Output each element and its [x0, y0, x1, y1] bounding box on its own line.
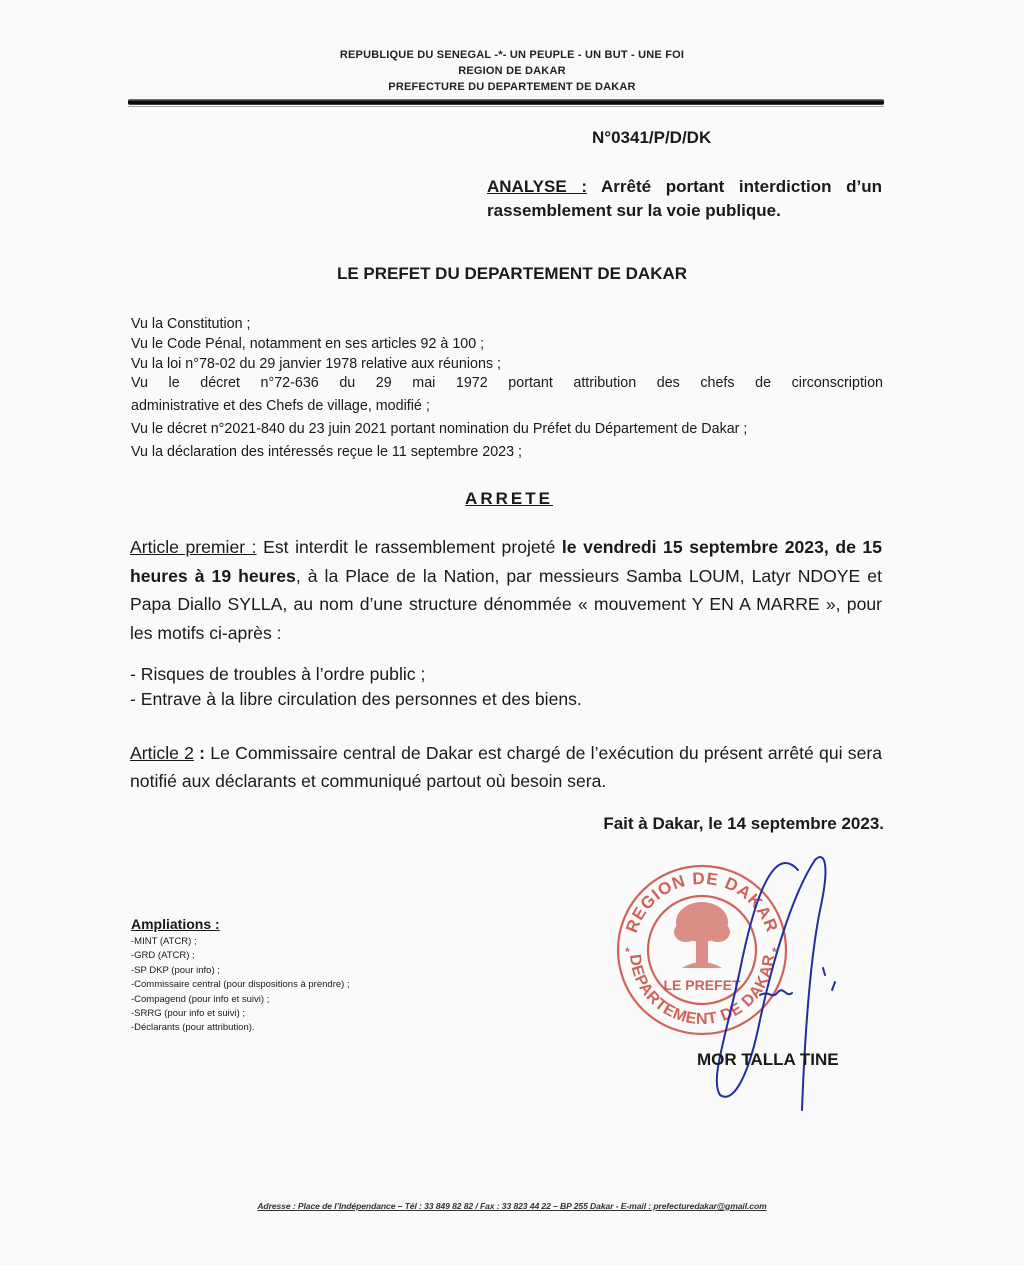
article-premier-label: Article premier :: [130, 537, 257, 557]
article-2: Article 2 : Le Commissaire central de Da…: [130, 739, 882, 795]
visa-item: Vu le décret n°72-636 du 29 mai 1972 por…: [131, 374, 883, 394]
header-republic-line: REPUBLIQUE DU SENEGAL -*- UN PEUPLE - UN…: [0, 49, 1024, 61]
ampliation-item: -Commissaire central (pour dispositions …: [131, 978, 350, 992]
visa-item: Vu la loi n°78-02 du 29 janvier 1978 rel…: [131, 355, 883, 375]
header-prefecture-line: PREFECTURE DU DEPARTEMENT DE DAKAR: [0, 81, 1024, 93]
visa-item: Vu le décret n°2021-840 du 23 juin 2021 …: [131, 420, 883, 440]
header-region-line: REGION DE DAKAR: [0, 65, 1024, 77]
ampliation-item: -MINT (ATCR) ;: [131, 935, 350, 949]
motifs-list: - Risques de troubles à l’ordre public ;…: [130, 662, 582, 712]
visa-item: Vu la déclaration des intéressés reçue l…: [131, 443, 883, 463]
svg-text:*: *: [625, 945, 630, 959]
ampliation-item: -SRRG (pour info et suivi) ;: [131, 1007, 350, 1021]
analyse-block: ANALYSE : Arrêté portant interdiction d’…: [487, 175, 882, 223]
motif-item: - Entrave à la libre circulation des per…: [130, 687, 582, 712]
arrete-heading: ARRETE: [0, 489, 1018, 509]
article-2-text: Le Commissaire central de Dakar est char…: [130, 743, 882, 791]
article-premier-text-a: Est interdit le rassemblement projeté: [257, 537, 562, 557]
article-premier: Article premier : Est interdit le rassem…: [130, 533, 882, 647]
article-2-colon: :: [194, 743, 205, 763]
visas-list: Vu la Constitution ; Vu le Code Pénal, n…: [131, 315, 883, 463]
ampliations-list: -MINT (ATCR) ; -GRD (ATCR) ; -SP DKP (po…: [131, 935, 350, 1036]
reference-number: N°0341/P/D/DK: [592, 128, 711, 148]
footer-contact: Adresse : Place de l’Indépendance – Tél …: [0, 1201, 1024, 1211]
ampliations-title: Ampliations :: [131, 916, 220, 932]
signatory-name: MOR TALLA TINE: [697, 1050, 839, 1070]
analyse-label: ANALYSE :: [487, 177, 587, 196]
ampliation-item: -Compagend (pour info et suivi) ;: [131, 993, 350, 1007]
visa-item: administrative et des Chefs de village, …: [131, 397, 883, 417]
place-and-date: Fait à Dakar, le 14 septembre 2023.: [603, 814, 884, 834]
authority-title: LE PREFET DU DEPARTEMENT DE DAKAR: [0, 264, 1024, 284]
motif-item: - Risques de troubles à l’ordre public ;: [130, 662, 582, 687]
visa-item: Vu la Constitution ;: [131, 315, 883, 335]
visa-item: Vu le Code Pénal, notamment en ses artic…: [131, 335, 883, 355]
header-divider: [128, 99, 884, 105]
ampliation-item: -GRD (ATCR) ;: [131, 949, 350, 963]
ampliation-item: -Déclarants (pour attribution).: [131, 1021, 350, 1035]
signature-icon: [680, 850, 840, 1130]
ampliation-item: -SP DKP (pour info) ;: [131, 964, 350, 978]
header-divider-shadow: [128, 106, 884, 107]
article-2-label: Article 2: [130, 743, 194, 763]
